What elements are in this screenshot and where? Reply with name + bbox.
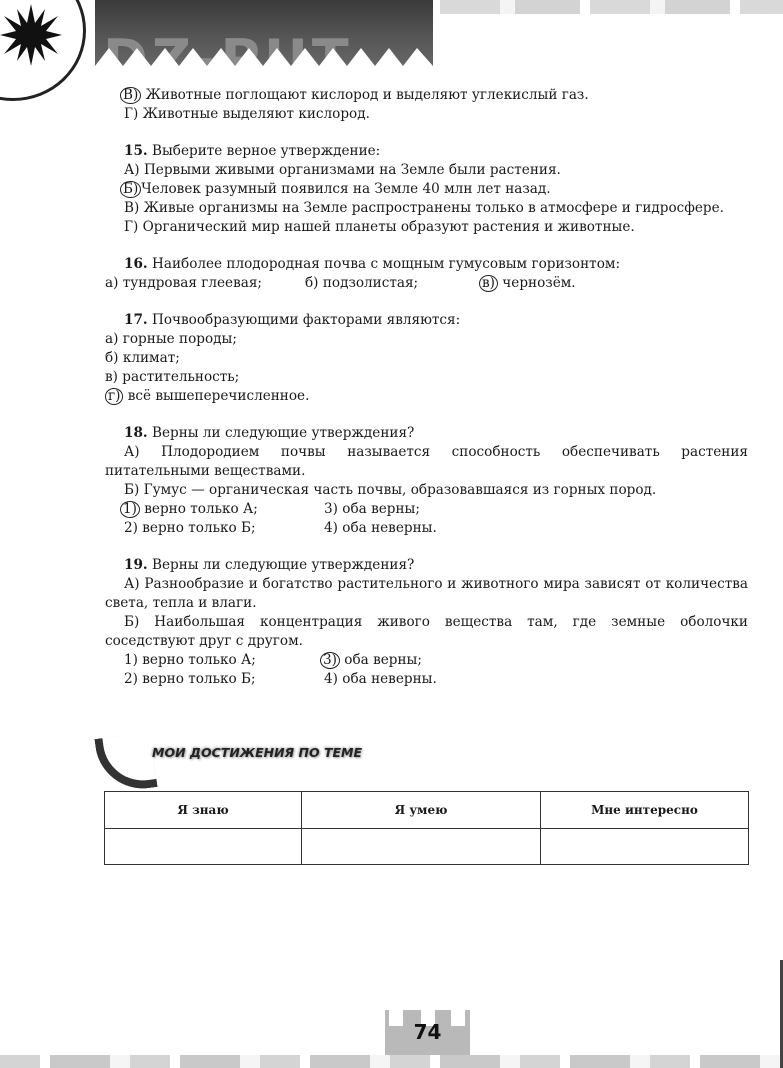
options-row: 1) верно только А; 3) оба верны;	[105, 500, 748, 519]
table-cell[interactable]	[105, 829, 302, 865]
table-cell[interactable]	[541, 829, 749, 865]
question-15: 15. Выберите верное утверждение: А) Перв…	[105, 142, 748, 237]
option[interactable]: г) всё вышеперечисленное.	[105, 387, 748, 406]
options-row: а) тундровая глеевая; б) подзолистая; в)…	[105, 274, 748, 293]
banner-zigzag	[95, 44, 433, 72]
column-header: Я умею	[302, 792, 541, 829]
option[interactable]: в) чернозём.	[483, 274, 576, 293]
achievements-header: МОИ ДОСТИЖЕНИЯ ПО ТЕМЕ	[100, 735, 500, 775]
scan-smudge-bottom	[0, 1055, 783, 1068]
circled-answer-label: В)	[120, 87, 141, 104]
achievements-table: Я знаю Я умею Мне интересно	[104, 791, 749, 865]
question-prompt: 19. Верны ли следующие утверждения?	[105, 556, 748, 575]
options-row: 1) верно только А; 3) оба верны;	[105, 651, 748, 670]
question-prompt: 16. Наиболее плодородная почва с мощным …	[105, 255, 748, 274]
options-row: 2) верно только Б; 4) оба неверны.	[105, 519, 748, 538]
option[interactable]: а) горные породы;	[105, 330, 748, 349]
statement: А) Плодородием почвы называется способно…	[105, 443, 748, 481]
option[interactable]: 2) верно только Б;	[124, 670, 324, 689]
option[interactable]: в) растительность;	[105, 368, 748, 387]
circled-answer-label: 3)	[320, 652, 340, 669]
section-title: МОИ ДОСТИЖЕНИЯ ПО ТЕМЕ	[152, 745, 362, 760]
question-prompt: 17. Почвообразующими факторами являются:	[105, 311, 748, 330]
column-header: Я знаю	[105, 792, 302, 829]
option[interactable]: В) Животные поглощают кислород и выделяю…	[105, 86, 748, 105]
circled-answer-label: Б)	[120, 181, 141, 198]
statement: А) Разнообразие и богатство растительног…	[105, 575, 748, 613]
worksheet-content: В) Животные поглощают кислород и выделяю…	[105, 86, 748, 689]
option[interactable]: 1) верно только А;	[124, 651, 324, 670]
option[interactable]: Г) Органический мир нашей планеты образу…	[105, 218, 748, 237]
option[interactable]: 4) оба неверны.	[324, 670, 437, 689]
header-banner: DZ-PUT	[95, 0, 433, 72]
column-header: Мне интересно	[541, 792, 749, 829]
question-prompt: 18. Верны ли следующие утверждения?	[105, 424, 748, 443]
section-arc-icon	[94, 731, 157, 794]
question-14-continuation: В) Животные поглощают кислород и выделяю…	[105, 86, 748, 124]
option[interactable]: 3) оба верны;	[324, 500, 420, 519]
option[interactable]: 4) оба неверны.	[324, 519, 437, 538]
star-burst-icon	[0, 4, 62, 66]
question-17: 17. Почвообразующими факторами являются:…	[105, 311, 748, 406]
question-19: 19. Верны ли следующие утверждения? А) Р…	[105, 556, 748, 689]
question-18: 18. Верны ли следующие утверждения? А) П…	[105, 424, 748, 538]
option[interactable]: А) Первыми живыми организмами на Земле б…	[105, 161, 748, 180]
circled-answer-label: г)	[105, 388, 123, 405]
page-number: 74	[385, 1020, 470, 1044]
circled-answer-label: 1)	[120, 501, 140, 518]
option[interactable]: В) Живые организмы на Земле распростране…	[105, 199, 748, 218]
option[interactable]: б) климат;	[105, 349, 748, 368]
option[interactable]: б) подзолистая;	[305, 274, 483, 293]
question-16: 16. Наиболее плодородная почва с мощным …	[105, 255, 748, 293]
scan-smudge-top	[440, 0, 783, 14]
options-row: 2) верно только Б; 4) оба неверны.	[105, 670, 748, 689]
option[interactable]: Б)Человек разумный появился на Земле 40 …	[105, 180, 748, 199]
option[interactable]: 2) верно только Б;	[124, 519, 324, 538]
option[interactable]: Г) Животные выделяют кислород.	[105, 105, 748, 124]
option[interactable]: 1) верно только А;	[124, 500, 324, 519]
question-prompt: 15. Выберите верное утверждение:	[105, 142, 748, 161]
option[interactable]: 3) оба верны;	[324, 651, 422, 670]
circled-answer-label: в)	[479, 275, 498, 292]
statement: Б) Гумус — органическая часть почвы, обр…	[105, 481, 748, 500]
table-cell[interactable]	[302, 829, 541, 865]
table-row	[105, 829, 749, 865]
statement: Б) Наибольшая концентрация живого вещест…	[105, 613, 748, 651]
option[interactable]: а) тундровая глеевая;	[105, 274, 305, 293]
